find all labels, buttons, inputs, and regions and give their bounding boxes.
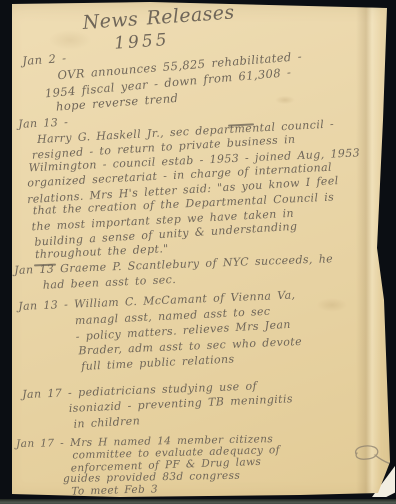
pencil-scribble xyxy=(348,440,396,474)
entry-date: Jan 17 - xyxy=(22,387,72,400)
entry: Jan 17 -pediatricians studying use ofiso… xyxy=(22,378,294,435)
paper-sheet: News Releases 1955 Jan 2 -OVR announces … xyxy=(0,0,396,504)
entry-date: Jan 13 - xyxy=(18,299,68,312)
scanner-edge-strip xyxy=(0,499,396,504)
entry: Jan 13 -William C. McCamant of Vienna Va… xyxy=(18,288,303,379)
entry: Jan 17 -Mrs H named 14 member citizensco… xyxy=(16,433,281,500)
entry: Jan 13 -Harry G. Haskell Jr., sec depart… xyxy=(18,102,365,265)
entry-date: Jan 17 - xyxy=(16,438,64,449)
scanned-document: News Releases 1955 Jan 2 -OVR announces … xyxy=(0,0,396,504)
